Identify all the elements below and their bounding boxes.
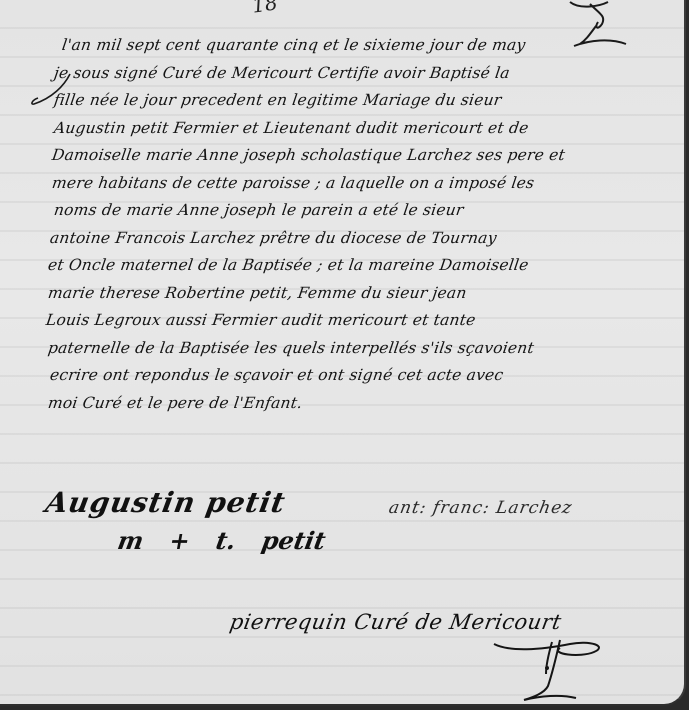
entry-line: antoine Francois Larchez prêtre du dioce… xyxy=(44,225,686,253)
signature-godfather: ant: franc: Larchez xyxy=(387,498,574,518)
entry-line: Louis Legroux aussi Fermier audit merico… xyxy=(44,307,686,335)
folio-mark: 18 xyxy=(250,0,279,18)
entry-line: et Oncle maternel de la Baptisée ; et la… xyxy=(44,252,686,280)
signature-godmother: m + t. petit xyxy=(115,526,327,555)
entry-line: marie therese Robertine petit, Femme du … xyxy=(44,280,686,308)
signature-cure: pierrequin Curé de Mericourt xyxy=(228,610,564,634)
entry-line: l'an mil sept cent quarante cinq et le s… xyxy=(44,32,686,60)
entry-line: noms de marie Anne joseph le parein a et… xyxy=(44,197,686,225)
entry-line: je sous signé Curé de Mericourt Certifie… xyxy=(44,60,686,88)
entry-line: ecrire ont repondus le sçavoir et ont si… xyxy=(44,362,686,390)
entry-line: Augustin petit Fermier et Lieutenant dud… xyxy=(44,115,686,143)
paraph-flourish-icon xyxy=(490,638,620,702)
signature-father: Augustin petit xyxy=(43,486,288,519)
entry-line: fille née le jour precedent en legitime … xyxy=(44,87,686,115)
entry-line: mere habitans de cette paroisse ; a laqu… xyxy=(44,170,686,198)
entry-line: paternelle de la Baptisée les quels inte… xyxy=(44,335,686,363)
entry-line: Damoiselle marie Anne joseph scholastiqu… xyxy=(44,142,686,170)
register-page: 18 l'an mil sept cent quarante cinq et l… xyxy=(0,0,686,706)
entry-text: l'an mil sept cent quarante cinq et le s… xyxy=(44,32,684,417)
entry-line: moi Curé et le pere de l'Enfant. xyxy=(44,390,686,418)
